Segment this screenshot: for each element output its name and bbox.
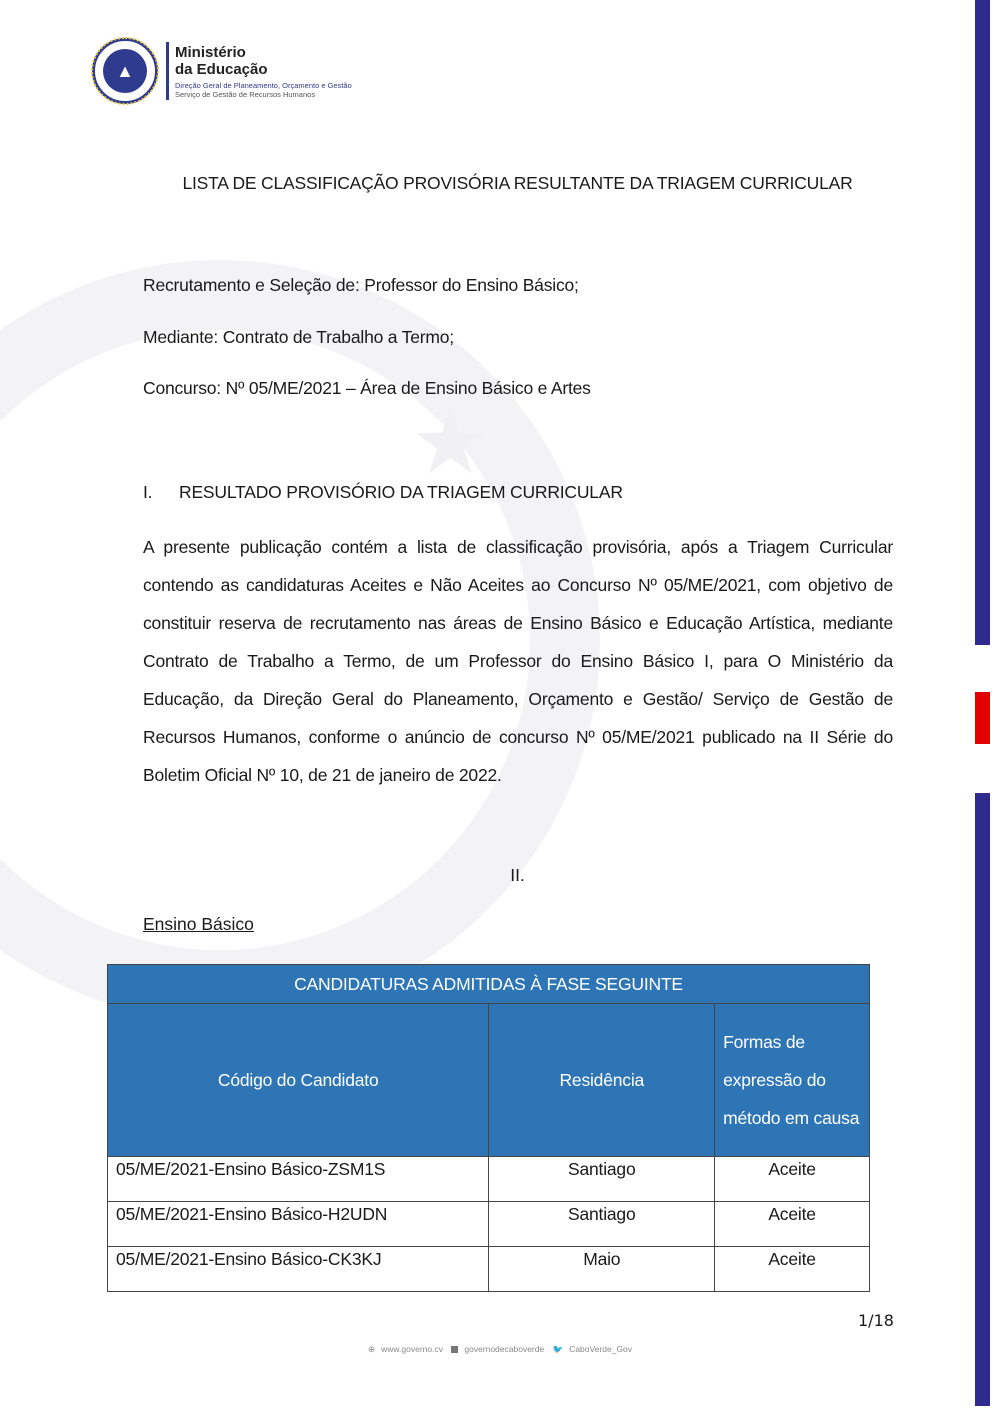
table-header-row: Código do Candidato Residência Formas de… bbox=[108, 1004, 870, 1157]
section-1-paragraph: A presente publicação contém a lista de … bbox=[143, 528, 893, 794]
cell-status: Aceite bbox=[715, 1202, 870, 1247]
cell-code: 05/ME/2021-Ensino Básico-H2UDN bbox=[108, 1202, 489, 1247]
cell-residence: Santiago bbox=[489, 1157, 715, 1202]
cell-code: 05/ME/2021-Ensino Básico-CK3KJ bbox=[108, 1247, 489, 1292]
cell-residence: Santiago bbox=[489, 1202, 715, 1247]
facebook-icon bbox=[451, 1346, 458, 1353]
cell-status: Aceite bbox=[715, 1157, 870, 1202]
globe-icon: ⊕ bbox=[368, 1344, 375, 1354]
cell-status: Aceite bbox=[715, 1247, 870, 1292]
footer-social: ⊕www.governo.cv governodecaboverde 🐦Cabo… bbox=[0, 1344, 1000, 1355]
twitter-icon: 🐦 bbox=[553, 1344, 564, 1354]
twitter-link[interactable]: CaboVerde_Gov bbox=[569, 1344, 632, 1354]
section-1-number: I. bbox=[143, 482, 179, 503]
side-bar-red bbox=[975, 692, 990, 744]
table-row: 05/ME/2021-Ensino Básico-H2UDN Santiago … bbox=[108, 1202, 870, 1247]
logo-text: Ministério da Educação Direção Geral de … bbox=[175, 44, 352, 99]
cell-residence: Maio bbox=[489, 1247, 715, 1292]
section-1-title: RESULTADO PROVISÓRIO DA TRIAGEM CURRICUL… bbox=[179, 482, 623, 502]
admitted-candidates-table: CANDIDATURAS ADMITIDAS À FASE SEGUINTE C… bbox=[107, 964, 870, 1292]
logo-subtitle-1: Direção Geral de Planeamento, Orçamento … bbox=[175, 81, 352, 90]
ministry-logo: ▲ Ministério da Educação Direção Geral d… bbox=[92, 38, 352, 104]
table-row: 05/ME/2021-Ensino Básico-ZSM1S Santiago … bbox=[108, 1157, 870, 1202]
page-number: 1/18 bbox=[858, 1311, 894, 1330]
contract-line: Mediante: Contrato de Trabalho a Termo; bbox=[143, 327, 454, 348]
cell-code: 05/ME/2021-Ensino Básico-ZSM1S bbox=[108, 1157, 489, 1202]
recruitment-line: Recrutamento e Seleção de: Professor do … bbox=[143, 275, 579, 296]
website-link[interactable]: www.governo.cv bbox=[381, 1344, 443, 1354]
facebook-link[interactable]: governodecaboverde bbox=[464, 1344, 544, 1354]
logo-title-line1: Ministério bbox=[175, 44, 352, 61]
section-1-heading: I.RESULTADO PROVISÓRIO DA TRIAGEM CURRIC… bbox=[143, 482, 623, 503]
logo-title-line2: da Educação bbox=[175, 61, 352, 78]
logo-divider bbox=[166, 42, 169, 100]
side-bar-blue-top bbox=[975, 0, 990, 645]
document-title: LISTA DE CLASSIFICAÇÃO PROVISÓRIA RESULT… bbox=[0, 173, 1000, 194]
table-caption-row: CANDIDATURAS ADMITIDAS À FASE SEGUINTE bbox=[108, 965, 870, 1004]
subsection-title: Ensino Básico bbox=[143, 914, 254, 935]
column-header-code: Código do Candidato bbox=[108, 1004, 489, 1157]
column-header-status: Formas de expressão do método em causa bbox=[715, 1004, 870, 1157]
table-caption: CANDIDATURAS ADMITIDAS À FASE SEGUINTE bbox=[108, 965, 870, 1004]
logo-subtitle-2: Serviço de Gestão de Recursos Humanos bbox=[175, 90, 352, 99]
watermark-star-icon: ★ bbox=[410, 390, 491, 495]
competition-line: Concurso: Nº 05/ME/2021 – Área de Ensino… bbox=[143, 378, 591, 399]
table-row: 05/ME/2021-Ensino Básico-CK3KJ Maio Acei… bbox=[108, 1247, 870, 1292]
coat-of-arms-icon: ▲ bbox=[92, 38, 158, 104]
column-header-residence: Residência bbox=[489, 1004, 715, 1157]
section-2-number: II. bbox=[0, 865, 1000, 886]
